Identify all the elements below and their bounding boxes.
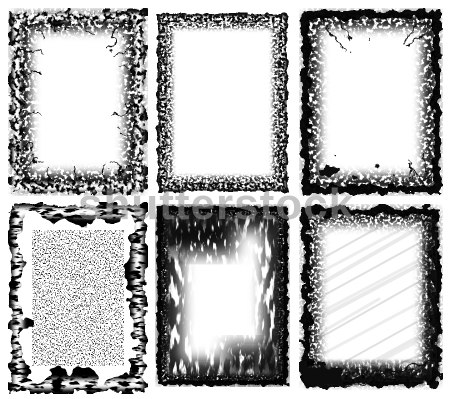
grunge-frame-spray xyxy=(155,204,290,387)
grunge-frame-solid xyxy=(155,11,290,194)
grunge-frame-speckled xyxy=(299,8,443,196)
grunge-frames-collage: shutterstock xyxy=(0,0,450,399)
grunge-frame-blotchy xyxy=(8,202,148,394)
grunge-frame-cracked xyxy=(8,8,148,196)
grunge-frame-scratched xyxy=(299,204,443,390)
frame-3-graphic xyxy=(299,8,443,196)
frame-2-graphic xyxy=(155,11,290,194)
frame-6-graphic xyxy=(299,204,443,390)
frame-5-graphic xyxy=(155,204,290,387)
frame-4-graphic xyxy=(8,202,148,394)
frame-1-graphic xyxy=(8,8,148,196)
